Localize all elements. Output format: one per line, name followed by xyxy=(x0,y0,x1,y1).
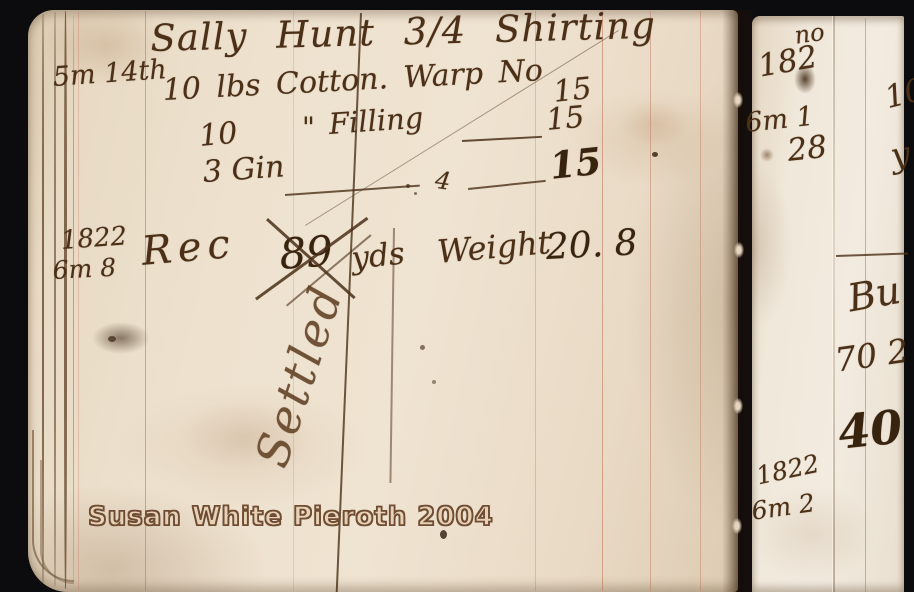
ruled-column-line xyxy=(650,11,651,591)
ruled-column-line xyxy=(602,11,603,591)
ruled-column-line xyxy=(700,11,701,591)
ink-speck xyxy=(420,345,425,350)
row3-text: 3 Gin xyxy=(202,152,285,188)
entry-date-bottom: 6m 8 xyxy=(52,255,117,283)
foxing-stain xyxy=(620,100,690,146)
row2-value: 15 xyxy=(545,103,586,136)
stitch-bump xyxy=(732,518,742,534)
foxing-stain xyxy=(180,400,310,470)
right-frag-70: 70 2 xyxy=(833,334,910,377)
ink-speck xyxy=(652,152,658,157)
row2-item: Filling xyxy=(328,103,424,139)
ink-speck xyxy=(108,336,116,342)
right-frag-heading: Bu xyxy=(845,271,903,318)
right-frag-40: 40 xyxy=(836,403,904,455)
weight-label: Weight xyxy=(436,226,552,268)
copyright-watermark: Susan White Pieroth 2004 xyxy=(88,502,494,532)
right-frag-28: 28 xyxy=(786,132,828,167)
received-label: Rec xyxy=(140,224,237,272)
ink-speck xyxy=(432,380,436,384)
ink-speck xyxy=(414,192,417,195)
entry-date-top: 5m 14th xyxy=(52,56,168,91)
page-crease xyxy=(833,16,835,592)
row2-ditto-mark: " xyxy=(302,114,315,142)
stitch-bump xyxy=(734,242,744,258)
ink-blot xyxy=(760,148,774,162)
entry-year: 1822 xyxy=(60,223,128,254)
ledger-scan: Sally Hunt 3/4 Shirting 5m 14th 10 lbs C… xyxy=(0,0,914,592)
ruled-column-line xyxy=(78,12,79,590)
stitch-bump xyxy=(733,92,743,108)
stitch-bump xyxy=(733,398,743,414)
ink-speck xyxy=(406,184,410,188)
page-corner-curl xyxy=(40,460,74,584)
row3-value: 15 xyxy=(548,143,603,185)
row2-qty: 10 xyxy=(198,119,239,152)
weight-value: 20. 8 xyxy=(545,225,638,266)
ink-smudge xyxy=(92,322,150,354)
ruled-column-line xyxy=(535,11,536,591)
